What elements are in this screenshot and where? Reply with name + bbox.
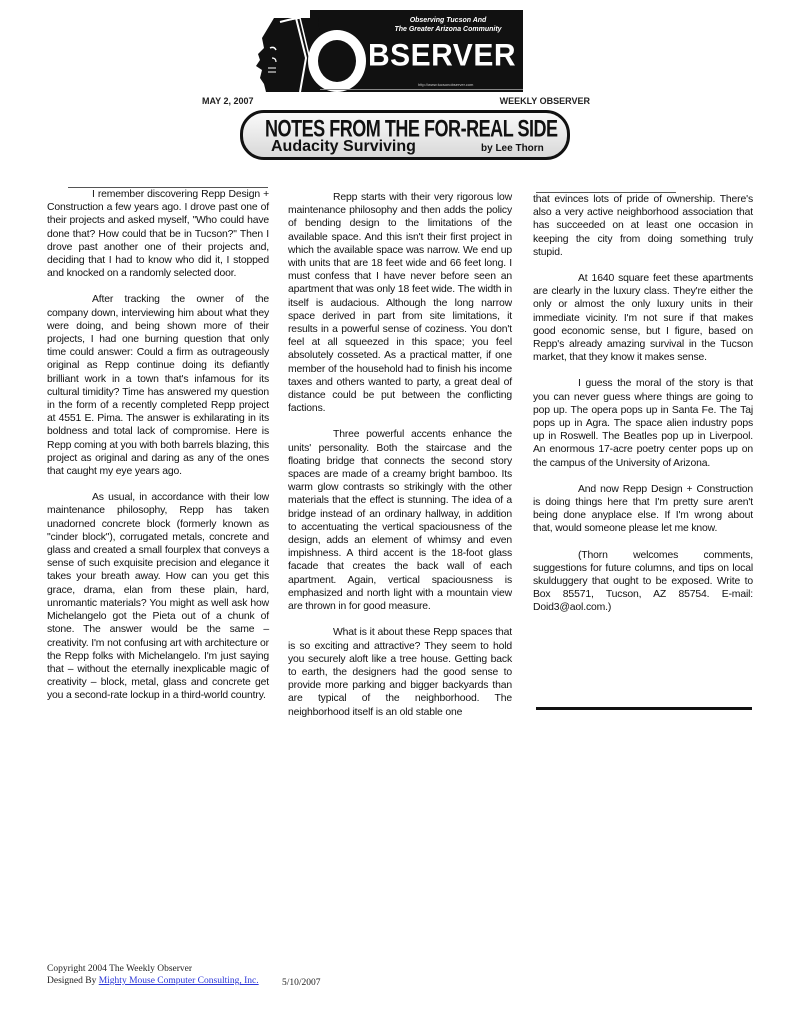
byline: by Lee Thorn [481,143,544,154]
designer-prefix: Designed By [47,976,99,986]
paragraph: that evinces lots of pride of ownership.… [533,193,753,259]
article-column-3: that evinces lots of pride of ownership.… [533,193,753,628]
article-end-rule [536,707,752,710]
column-headline-banner: NOTES FROM THE FOR-REAL SIDE Audacity Su… [240,110,570,160]
copyright-notice: Copyright 2004 The Weekly Observer [47,963,259,975]
title-underline [271,157,433,158]
article-column-1: I remember discovering Repp Design + Con… [47,188,269,716]
logo-letter-o [308,30,366,92]
article-column-2: Repp starts with their very rigorous low… [288,191,512,732]
paragraph: And now Repp Design + Construction is do… [533,483,753,536]
page-footer: Copyright 2004 The Weekly Observer Desig… [47,963,259,987]
tagline-line-2: The Greater Arizona Community [378,25,518,34]
publication-name: WEEKLY OBSERVER [500,96,590,106]
paragraph: Repp starts with their very rigorous low… [288,191,512,415]
tagline-line-1: Observing Tucson And [378,16,518,25]
paragraph: I guess the moral of the story is that y… [533,377,753,469]
issue-date: MAY 2, 2007 [202,96,254,106]
footer-date: 5/10/2007 [282,978,321,988]
masthead-url: http://www.tucsonobserver.com [418,82,473,87]
masthead-wordmark: BSERVER [368,38,516,74]
contact-paragraph: (Thorn welcomes comments, suggestions fo… [533,549,753,615]
paragraph: As usual, in accordance with their low m… [47,491,269,702]
designer-credit: Designed By Mighty Mouse Computer Consul… [47,975,259,987]
masthead-underline [320,89,523,90]
masthead-tagline: Observing Tucson And The Greater Arizona… [378,16,518,34]
observer-logo: Observing Tucson And The Greater Arizona… [250,10,523,92]
article-title: Audacity Surviving [271,138,416,156]
paragraph: Three powerful accents enhance the units… [288,428,512,613]
designer-link[interactable]: Mighty Mouse Computer Consulting, Inc. [99,976,259,986]
paragraph: What is it about these Repp spaces that … [288,626,512,718]
paragraph: At 1640 square feet these apartments are… [533,272,753,364]
paragraph: I remember discovering Repp Design + Con… [47,188,269,280]
paragraph: After tracking the owner of the company … [47,293,269,478]
